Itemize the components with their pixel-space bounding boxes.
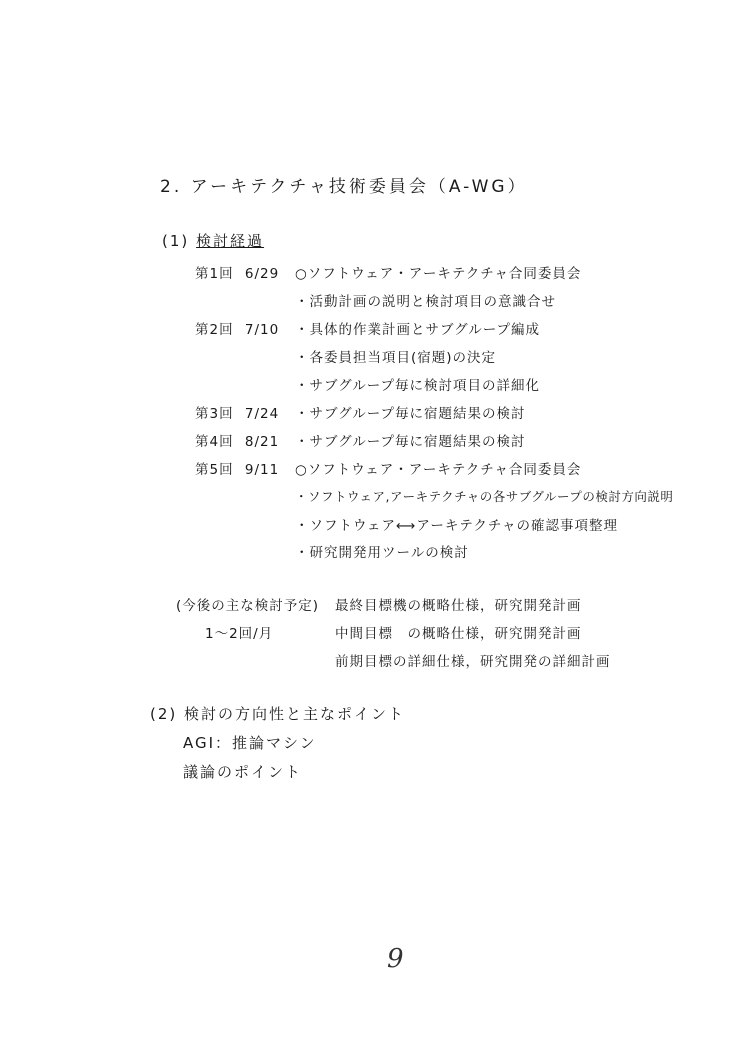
future-plan-frequency: 1〜2回/月 bbox=[205, 622, 273, 642]
future-plan-item-1: 最終目標機の概略仕様，研究開発計画 bbox=[335, 594, 582, 614]
subsection-2-line-2: 議論のポイント bbox=[183, 761, 302, 782]
meeting-5-item-1: ○ソフトウェア・アーキテクチャ合同委員会 bbox=[295, 458, 581, 478]
meeting-1-item-1: ○ソフトウェア・アーキテクチャ合同委員会 bbox=[295, 262, 581, 282]
meeting-3-item-1: ・サブグループ毎に宿題結果の検討 bbox=[295, 402, 526, 422]
meeting-label: 第4回 bbox=[195, 434, 234, 450]
subsection-2-number: (2) bbox=[150, 705, 177, 723]
meeting-5-item-3: ・ソフトウェア⟷アーキテクチャの確認事項整理 bbox=[295, 514, 618, 534]
meeting-2-item-3: ・サブグループ毎に検討項目の詳細化 bbox=[295, 374, 540, 394]
meeting-label: 第3回 bbox=[195, 406, 234, 422]
future-plan-item-3: 前期目標の詳細仕様，研究開発の詳細計画 bbox=[335, 650, 611, 670]
meeting-3-label: 第3回 7/24 bbox=[195, 402, 279, 422]
meeting-5-item-4: ・研究開発用ツールの検討 bbox=[295, 541, 469, 561]
subsection-1-title: 検討経過 bbox=[196, 232, 264, 250]
meeting-5-item-2: ・ソフトウェア,アーキテクチャの各サブグループの検討方向説明 bbox=[295, 487, 673, 505]
meeting-2-item-1: ・具体的作業計画とサブグループ編成 bbox=[295, 318, 540, 338]
meeting-date: 7/10 bbox=[245, 322, 279, 338]
meeting-5-label: 第5回 9/11 bbox=[195, 458, 279, 478]
meeting-4-item-1: ・サブグループ毎に宿題結果の検討 bbox=[295, 430, 526, 450]
meeting-1-item-2: ・活動計画の説明と検討項目の意識合せ bbox=[295, 290, 556, 310]
meeting-date: 9/11 bbox=[245, 462, 279, 478]
meeting-date: 8/21 bbox=[245, 434, 279, 450]
section-title: 2. アーキテクチャ技術委員会（A-WG） bbox=[160, 172, 528, 197]
meeting-label: 第1回 bbox=[195, 266, 234, 282]
meeting-4-label: 第4回 8/21 bbox=[195, 430, 279, 450]
future-plan-label: (今後の主な検討予定) bbox=[176, 594, 319, 614]
meeting-1-label: 第1回 6/29 bbox=[195, 262, 279, 282]
meeting-label: 第5回 bbox=[195, 462, 234, 478]
subsection-2-heading: (2) 検討の方向性と主なポイント bbox=[150, 703, 405, 724]
future-plan-item-2: 中間目標 の概略仕様，研究開発計画 bbox=[335, 622, 582, 642]
meeting-date: 7/24 bbox=[245, 406, 279, 422]
page-number: 9 bbox=[387, 944, 404, 974]
subsection-1-heading: (1) 検討経過 bbox=[162, 230, 264, 251]
subsection-1-number: (1) bbox=[162, 232, 189, 250]
meeting-label: 第2回 bbox=[195, 322, 234, 338]
meeting-2-label: 第2回 7/10 bbox=[195, 318, 279, 338]
meeting-2-item-2: ・各委員担当項目(宿題)の決定 bbox=[295, 346, 496, 366]
subsection-2-title: 検討の方向性と主なポイント bbox=[184, 705, 405, 723]
meeting-date: 6/29 bbox=[245, 266, 279, 282]
subsection-2-line-1: AGI：推論マシン bbox=[183, 732, 317, 753]
